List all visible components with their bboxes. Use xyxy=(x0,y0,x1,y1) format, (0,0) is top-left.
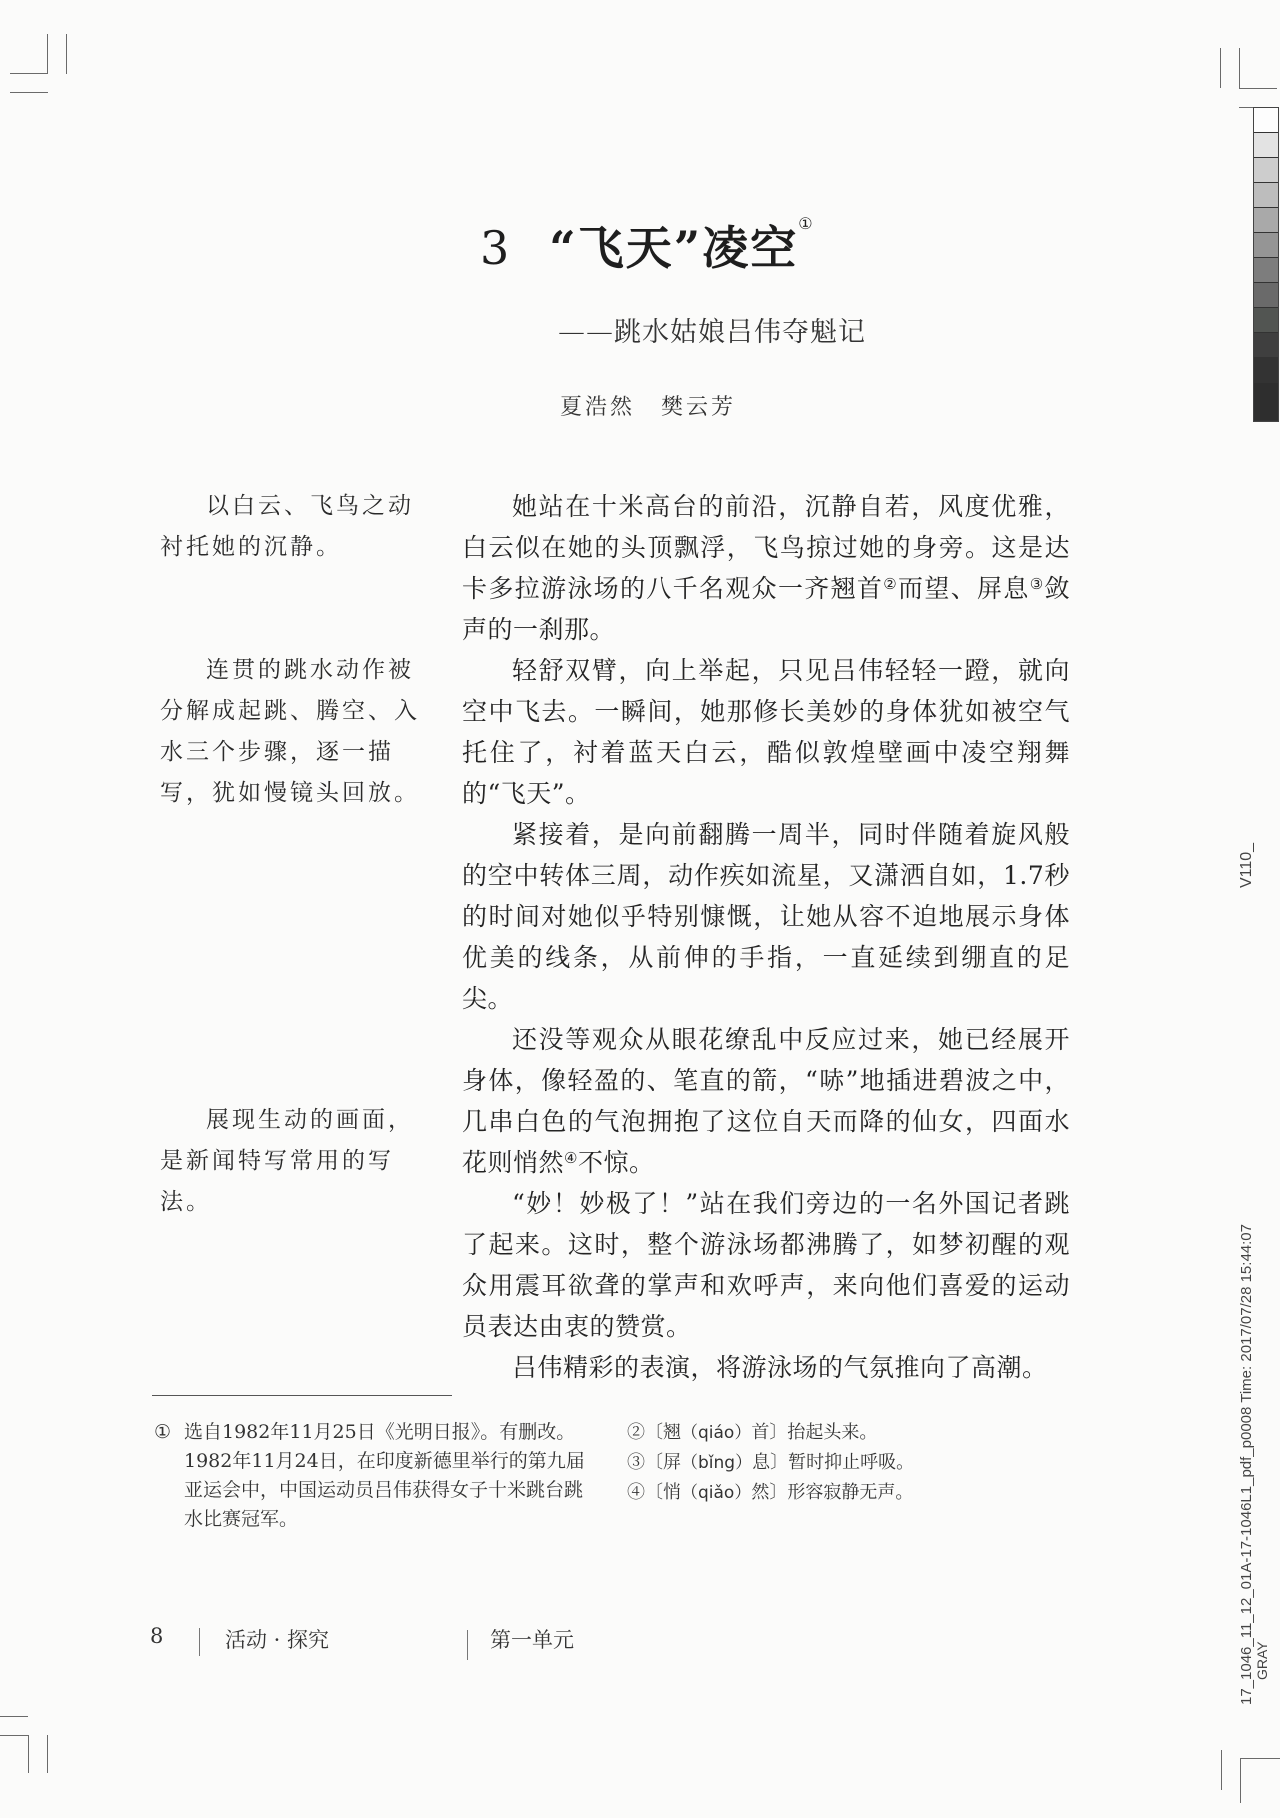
footer-section: 活动 · 探究 xyxy=(225,1624,329,1654)
footnote-divider xyxy=(152,1395,452,1396)
footnote-ref-3[interactable]: ③ xyxy=(1030,575,1045,593)
footnote-1-text: 选自1982年11月25日《光明日报》。有删改。1982年11月24日，在印度新… xyxy=(184,1418,592,1534)
print-job-info: 17_1046_11_12_01A-17-1046L1_pdf_p0008 Ti… xyxy=(1238,1224,1255,1705)
author-1: 夏浩然 xyxy=(560,395,635,420)
paragraph-5: “妙！妙极了！”站在我们旁边的一名外国记者跳了起来。这时，整个游泳场都沸腾了，如… xyxy=(462,1183,1070,1347)
margin-note-3: 展现生动的画面，是新闻特写常用的写法。 xyxy=(160,1100,428,1223)
footnote-ref-2[interactable]: ② xyxy=(883,575,898,593)
article-body: 她站在十米高台的前沿，沉静自若，风度优雅，白云似在她的头顶飘浮，飞鸟掠过她的身旁… xyxy=(462,486,1070,1388)
paragraph-3: 紧接着，是向前翻腾一周半，同时伴随着旋风般的空中转体三周，动作疾如流星，又潇洒自… xyxy=(462,814,1070,1019)
print-version: V110_ xyxy=(1238,843,1256,888)
footnote-4: ④〔悄（qiǎo）然〕形容寂静无声。 xyxy=(627,1478,914,1508)
lesson-title-text: “飞天”凌空 xyxy=(549,221,798,275)
paragraph-4: 还没等观众从眼花缭乱中反应过来，她已经展开身体，像轻盈的、笔直的箭，“哧”地插进… xyxy=(462,1019,1070,1183)
grayscale-calibration-strip xyxy=(1253,107,1279,422)
footnote-1-number: ① xyxy=(154,1418,171,1447)
footnotes-glossary: ②〔翘（qiáo）首〕抬起头来。 ③〔屏（bǐng）息〕暂时抑止呼吸。 ④〔悄（… xyxy=(627,1418,914,1508)
footnote-3: ③〔屏（bǐng）息〕暂时抑止呼吸。 xyxy=(627,1448,914,1478)
footer-unit: 第一单元 xyxy=(490,1624,574,1654)
print-color-mode: GRAY xyxy=(1254,1641,1270,1680)
footer-divider-2 xyxy=(467,1630,468,1660)
footnote-ref-1[interactable]: ① xyxy=(798,214,814,233)
authors: 夏浩然樊云芳 xyxy=(560,390,736,421)
lesson-subtitle: ——跳水姑娘吕伟夺魁记 xyxy=(558,310,866,349)
lesson-number: 3 xyxy=(480,221,511,275)
footnote-ref-4[interactable]: ④ xyxy=(564,1149,578,1167)
lesson-title: 3“飞天”凌空① xyxy=(480,212,815,278)
page-number: 8 xyxy=(150,1624,163,1648)
footnote-2: ②〔翘（qiáo）首〕抬起头来。 xyxy=(627,1418,914,1448)
paragraph-2: 轻舒双臂，向上举起，只见吕伟轻轻一蹬，就向空中飞去。一瞬间，她那修长美妙的身体犹… xyxy=(462,650,1070,814)
margin-note-2: 连贯的跳水动作被分解成起跳、腾空、入水三个步骤，逐一描写，犹如慢镜头回放。 xyxy=(160,650,428,814)
footnote-1: ① 选自1982年11月25日《光明日报》。有删改。1982年11月24日，在印… xyxy=(154,1418,592,1534)
paragraph-1: 她站在十米高台的前沿，沉静自若，风度优雅，白云似在她的头顶飘浮，飞鸟掠过她的身旁… xyxy=(462,486,1070,650)
author-2: 樊云芳 xyxy=(661,395,736,420)
paragraph-6: 吕伟精彩的表演，将游泳场的气氛推向了高潮。 xyxy=(462,1347,1070,1388)
footer-divider-1 xyxy=(199,1628,200,1656)
margin-note-1: 以白云、飞鸟之动衬托她的沉静。 xyxy=(160,486,428,568)
